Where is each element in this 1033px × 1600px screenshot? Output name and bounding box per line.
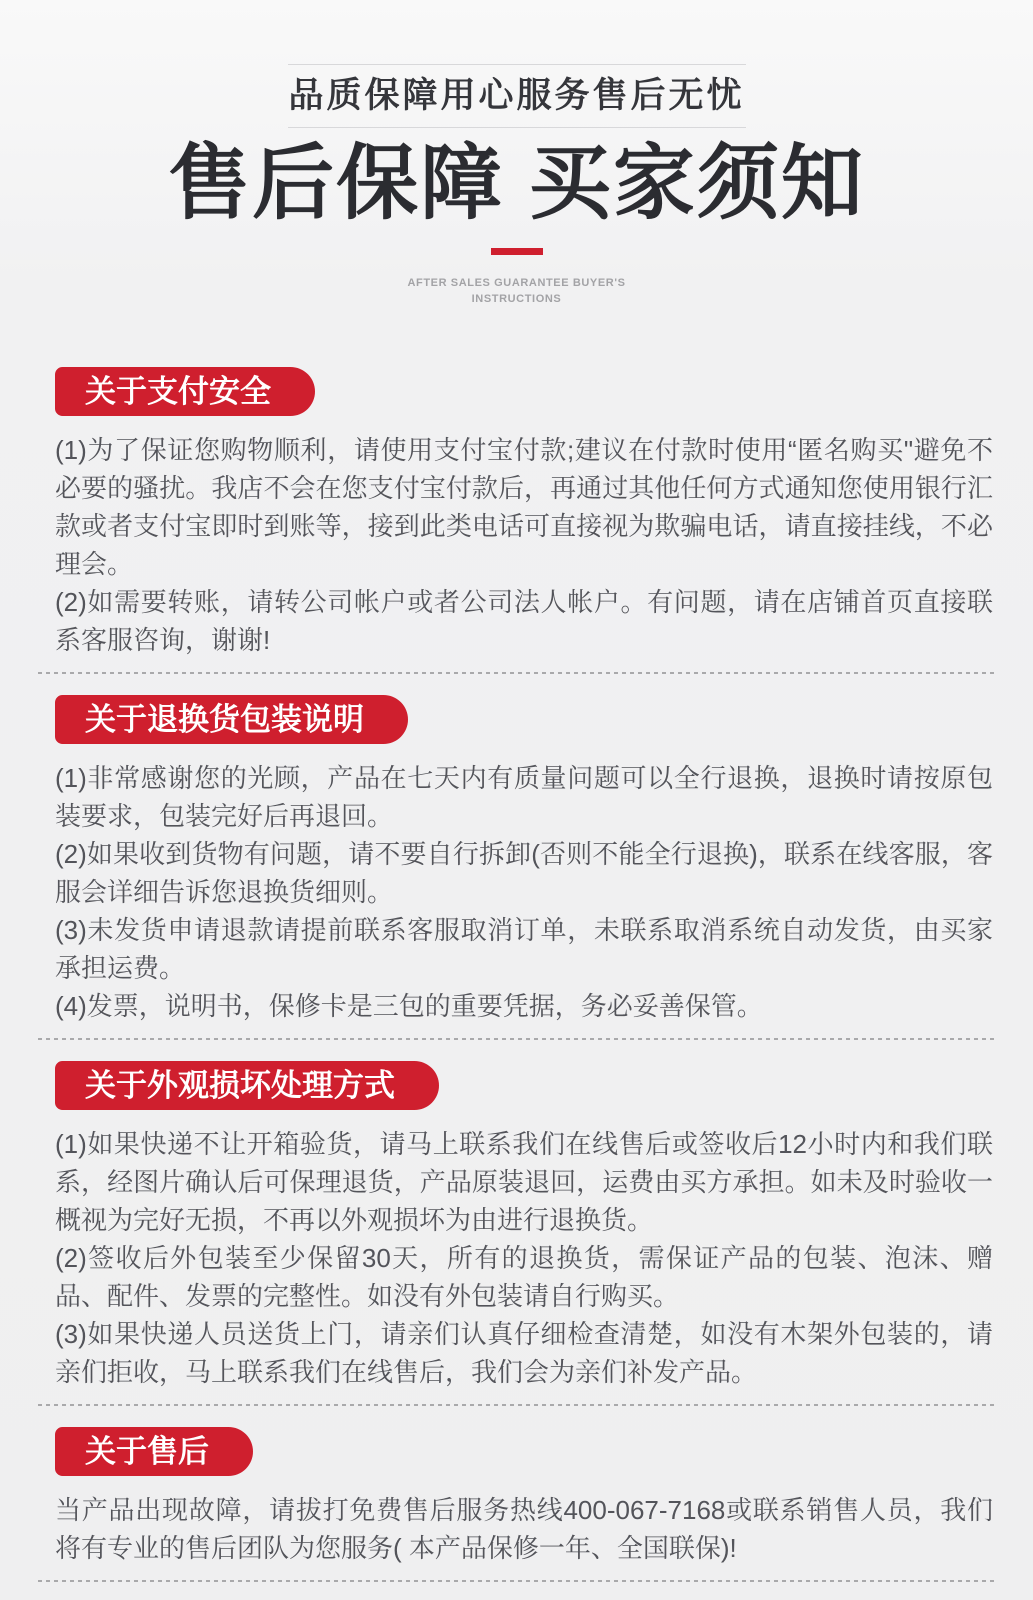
notice-sections: 关于支付安全 (1)为了保证您购物顺利，请使用支付宝付款;建议在付款时使用“匿名… — [0, 367, 1033, 1582]
paragraph: (1)非常感谢您的光顾，产品在七天内有质量问题可以全行退换，退换时请按原包装要求… — [55, 759, 993, 835]
section-payment-security: 关于支付安全 (1)为了保证您购物顺利，请使用支付宝付款;建议在付款时使用“匿名… — [0, 367, 1033, 659]
header-tagline: 品质保障用心服务售后无忧 — [0, 75, 1033, 117]
dashed-divider — [38, 1404, 995, 1406]
section-return-packaging: 关于退换货包装说明 (1)非常感谢您的光顾，产品在七天内有质量问题可以全行退换，… — [0, 695, 1033, 1025]
paragraph: (2)如果收到货物有问题，请不要自行拆卸(否则不能全行退换)，联系在线客服，客服… — [55, 835, 993, 911]
page-header: 品质保障用心服务售后无忧 售后保障 买家须知 AFTER SALES GUARA… — [0, 0, 1033, 307]
section-after-sales: 关于售后 当产品出现故障，请拔打免费售后服务热线400-067-7168或联系销… — [0, 1427, 1033, 1567]
section-badge: 关于售后 — [55, 1427, 253, 1476]
paragraph: (3)如果快递人员送货上门，请亲们认真仔细检查清楚，如没有木架外包装的，请亲们拒… — [55, 1315, 993, 1391]
section-paragraphs: (1)如果快递不让开箱验货，请马上联系我们在线售后或签收后12小时内和我们联系，… — [55, 1125, 993, 1391]
section-badge: 关于外观损坏处理方式 — [55, 1061, 439, 1110]
dashed-divider — [38, 672, 995, 674]
paragraph: 当产品出现故障，请拔打免费售后服务热线400-067-7168或联系销售人员，我… — [55, 1491, 993, 1567]
section-paragraphs: (1)非常感谢您的光顾，产品在七天内有质量问题可以全行退换，退换时请按原包装要求… — [55, 759, 993, 1025]
subtitle-english-line1: AFTER SALES GUARANTEE BUYER'S — [0, 275, 1033, 291]
paragraph: (2)如需要转账，请转公司帐户或者公司法人帐户。有问题，请在店铺首页直接联系客服… — [55, 583, 993, 659]
section-paragraphs: 当产品出现故障，请拔打免费售后服务热线400-067-7168或联系销售人员，我… — [55, 1491, 993, 1567]
dashed-divider — [38, 1038, 995, 1040]
subtitle-english-line2: INSTRUCTIONS — [0, 291, 1033, 307]
title-accent-bar — [491, 248, 543, 255]
paragraph: (1)如果快递不让开箱验货，请马上联系我们在线售后或签收后12小时内和我们联系，… — [55, 1125, 993, 1239]
paragraph: (4)发票，说明书，保修卡是三包的重要凭据，务必妥善保管。 — [55, 987, 993, 1025]
subtitle-english: AFTER SALES GUARANTEE BUYER'S INSTRUCTIO… — [0, 275, 1033, 307]
page-title: 售后保障 买家须知 — [0, 136, 1033, 232]
header-bottom-divider-line — [288, 127, 746, 128]
header-top-divider-line — [288, 64, 746, 65]
after-sales-notice-page: 品质保障用心服务售后无忧 售后保障 买家须知 AFTER SALES GUARA… — [0, 0, 1033, 1600]
section-badge: 关于支付安全 — [55, 367, 315, 416]
dashed-divider — [38, 1580, 995, 1582]
paragraph: (2)签收后外包装至少保留30天，所有的退换货，需保证产品的包装、泡沫、赠品、配… — [55, 1239, 993, 1315]
section-badge: 关于退换货包装说明 — [55, 695, 408, 744]
section-appearance-damage: 关于外观损坏处理方式 (1)如果快递不让开箱验货，请马上联系我们在线售后或签收后… — [0, 1061, 1033, 1391]
section-paragraphs: (1)为了保证您购物顺利，请使用支付宝付款;建议在付款时使用“匿名购买"避免不必… — [55, 431, 993, 659]
paragraph: (1)为了保证您购物顺利，请使用支付宝付款;建议在付款时使用“匿名购买"避免不必… — [55, 431, 993, 583]
paragraph: (3)未发货申请退款请提前联系客服取消订单，未联系取消系统自动发货，由买家承担运… — [55, 911, 993, 987]
